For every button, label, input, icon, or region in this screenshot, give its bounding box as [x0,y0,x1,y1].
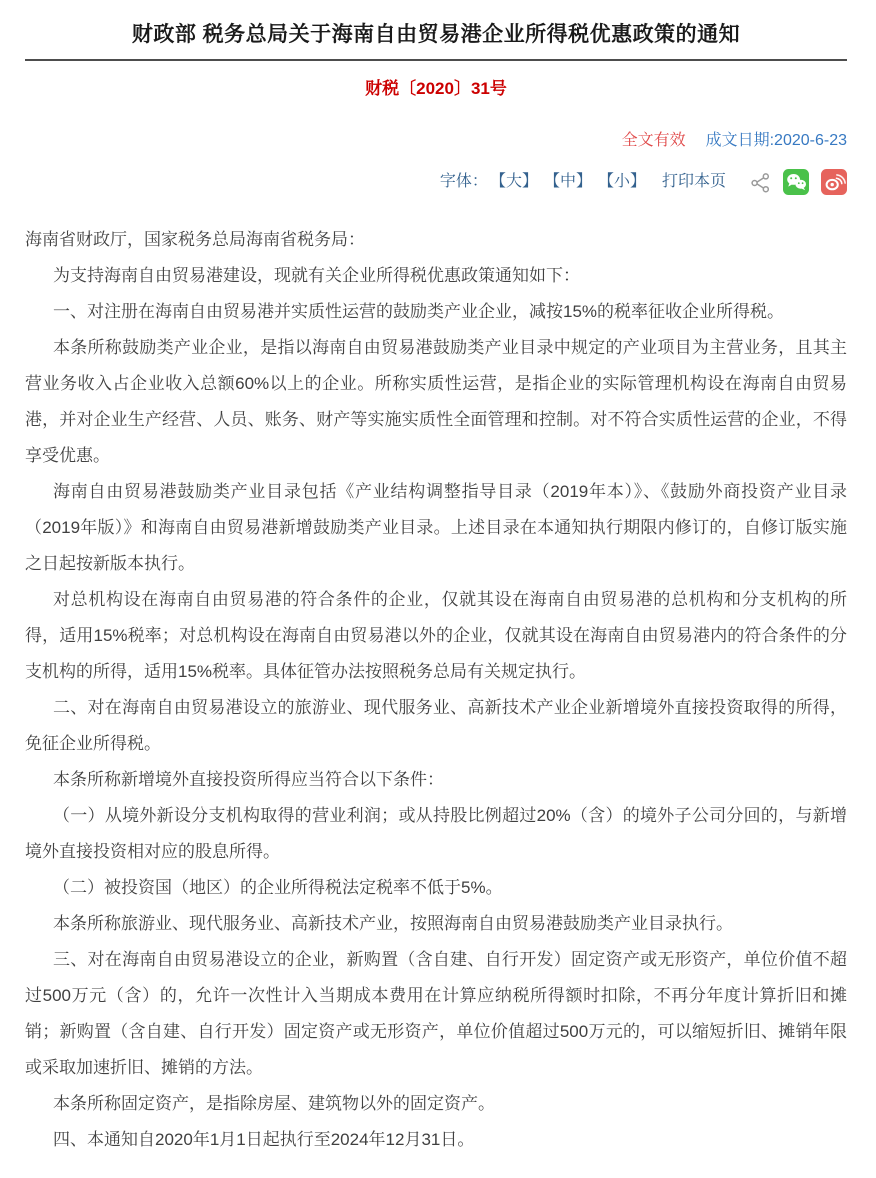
font-size-label: 字体： [440,168,488,196]
body-paragraph: 本条所称鼓励类产业企业，是指以海南自由贸易港鼓励类产业目录中规定的产业项目为主营… [25,330,847,474]
body-paragraph: （一）从境外新设分支机构取得的营业利润；或从持股比例超过20%（含）的境外子公司… [25,798,847,870]
body-paragraph: 为支持海南自由贸易港建设，现就有关企业所得税优惠政策通知如下： [25,258,847,294]
font-large-button[interactable]: 【大】 [490,168,538,196]
body-paragraph: 一、对注册在海南自由贸易港并实质性运营的鼓励类产业企业，减按15%的税率征收企业… [25,294,847,330]
doc-number: 财税〔2020〕31号 [25,78,847,100]
body-paragraph: 对总机构设在海南自由贸易港的符合条件的企业，仅就其设在海南自由贸易港的总机构和分… [25,582,847,690]
weibo-share-icon[interactable] [821,169,847,195]
wechat-share-icon[interactable] [783,169,809,195]
body-paragraph: （二）被投资国（地区）的企业所得税法定税率不低于5%。 [25,870,847,906]
body-paragraph: 三、对在海南自由贸易港设立的企业，新购置（含自建、自行开发）固定资产或无形资产，… [25,942,847,1086]
body-paragraph: 本条所称旅游业、现代服务业、高新技术产业，按照海南自由贸易港鼓励类产业目录执行。 [25,906,847,942]
document-page: 财政部 税务总局关于海南自由贸易港企业所得税优惠政策的通知 财税〔2020〕31… [0,0,876,1178]
issue-date: 成文日期:2020-6-23 [706,132,847,150]
status-badge: 全文有效 [622,132,686,150]
meta-row: 全文有效 成文日期:2020-6-23 [25,132,847,150]
print-button[interactable]: 打印本页 [662,168,726,196]
share-icon[interactable] [750,172,771,193]
body-paragraph: 本条所称新增境外直接投资所得应当符合以下条件： [25,762,847,798]
body-paragraph: 海南省财政厅，国家税务总局海南省税务局： [25,222,847,258]
body-paragraph: 本条所称固定资产，是指除房屋、建筑物以外的固定资产。 [25,1086,847,1122]
body-paragraph: 四、本通知自2020年1月1日起执行至2024年12月31日。 [25,1122,847,1158]
font-medium-button[interactable]: 【中】 [544,168,592,196]
body-paragraph: 海南自由贸易港鼓励类产业目录包括《产业结构调整指导目录（2019年本）》、《鼓励… [25,474,847,582]
title-divider [25,59,847,61]
page-title: 财政部 税务总局关于海南自由贸易港企业所得税优惠政策的通知 [25,20,847,50]
font-small-button[interactable]: 【小】 [598,168,646,196]
body-paragraph: 二、对在海南自由贸易港设立的旅游业、现代服务业、高新技术产业企业新增境外直接投资… [25,690,847,762]
document-body: 海南省财政厅，国家税务总局海南省税务局： 为支持海南自由贸易港建设，现就有关企业… [25,222,847,1158]
toolbar: 字体： 【大】 【中】 【小】 打印本页 [25,168,847,196]
